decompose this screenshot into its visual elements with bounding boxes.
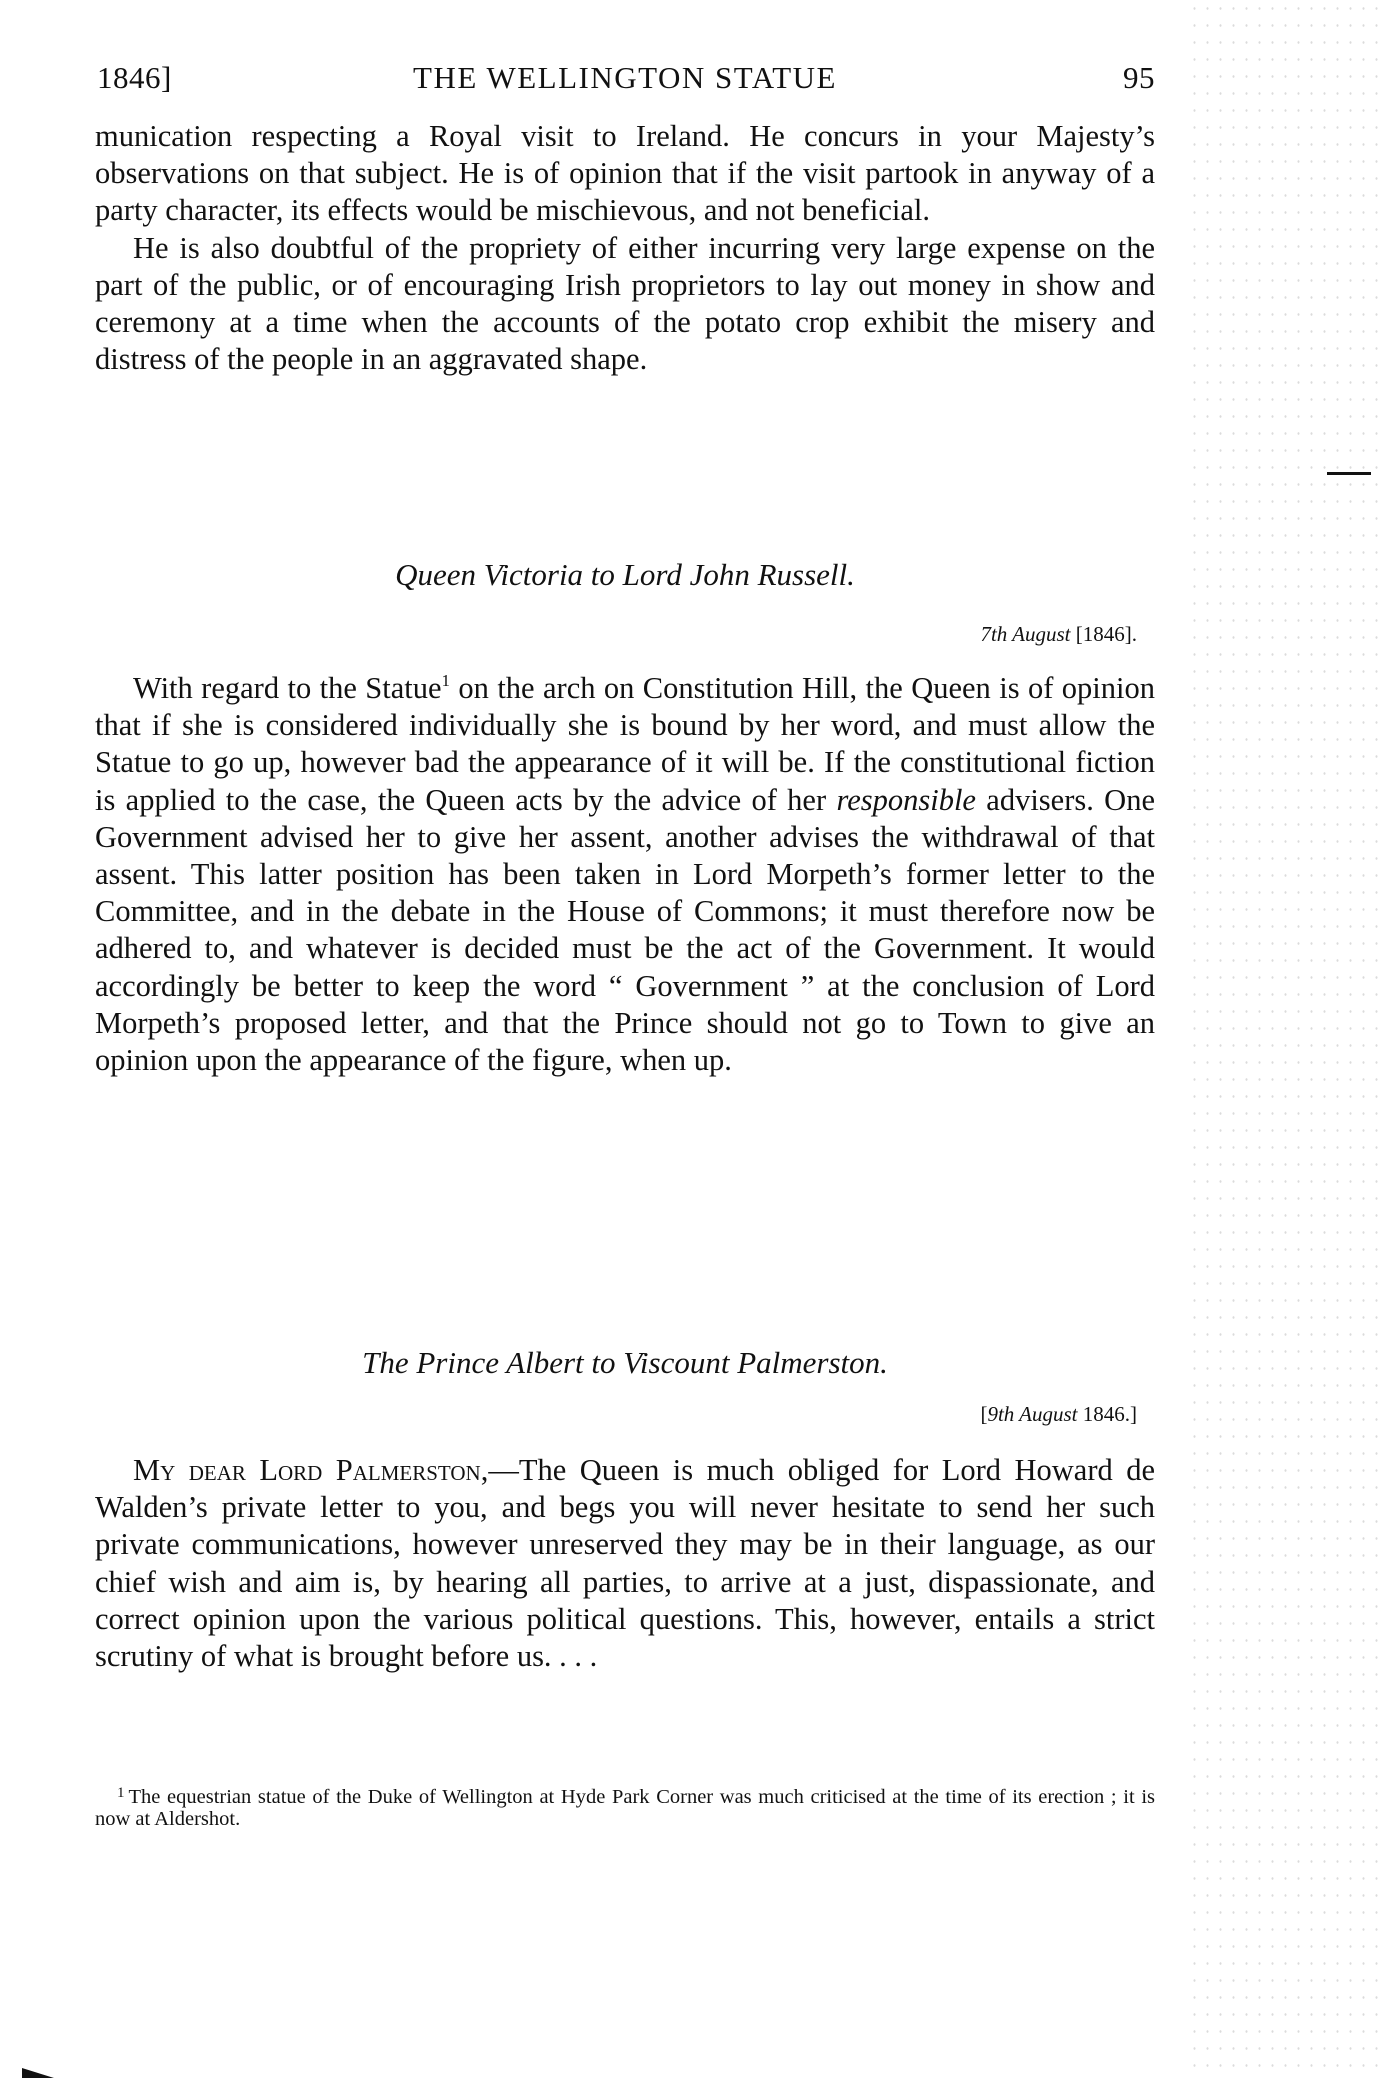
running-head: 1846] THE WELLINGTON STATUE 95 <box>95 60 1155 100</box>
salutation: My dear Lord Palmerston, <box>133 1453 488 1487</box>
letter-heading: The Prince Albert to Viscount Palmerston… <box>95 1345 1155 1381</box>
letter-heading: Queen Victoria to Lord John Russell. <box>95 557 1155 593</box>
date-italic: 7th August <box>980 622 1070 646</box>
paragraph: He is also doubtful of the propriety of … <box>95 230 1155 379</box>
scan-margin-mark <box>1327 472 1371 475</box>
running-head-title: THE WELLINGTON STATUE <box>95 60 1155 96</box>
letter-body: My dear Lord Palmerston,—The Queen is mu… <box>95 1452 1155 1675</box>
paragraph: My dear Lord Palmerston,—The Queen is mu… <box>95 1452 1155 1675</box>
date-year: 1846.] <box>1078 1402 1138 1426</box>
letter-date: [9th August 1846.] <box>980 1402 1137 1427</box>
page-number: 95 <box>1123 60 1155 96</box>
date-year: [1846]. <box>1076 622 1137 646</box>
scan-margin-noise <box>1188 0 1388 2080</box>
text-run: With regard to the Statue <box>133 671 442 705</box>
footnote-ref[interactable]: 1 <box>442 671 451 690</box>
letter-body: With regard to the Statue1 on the arch o… <box>95 670 1155 1079</box>
footnote-number: 1 <box>117 1785 125 1801</box>
footnote: 1The equestrian statue of the Duke of We… <box>95 1782 1155 1830</box>
text-run: advisers. One Government advised her to … <box>95 783 1155 1077</box>
date-italic: 9th August <box>987 1402 1077 1426</box>
letter-date: 7th August [1846]. <box>980 622 1137 647</box>
opening-section: munication respecting a Royal visit to I… <box>95 118 1155 378</box>
continued-paragraph: munication respecting a Royal visit to I… <box>95 118 1155 230</box>
scan-corner-mark <box>22 2068 54 2078</box>
paragraph: With regard to the Statue1 on the arch o… <box>95 670 1155 1079</box>
emphasis: responsible <box>836 783 976 817</box>
footnote-text: The equestrian statue of the Duke of Wel… <box>95 1786 1155 1830</box>
